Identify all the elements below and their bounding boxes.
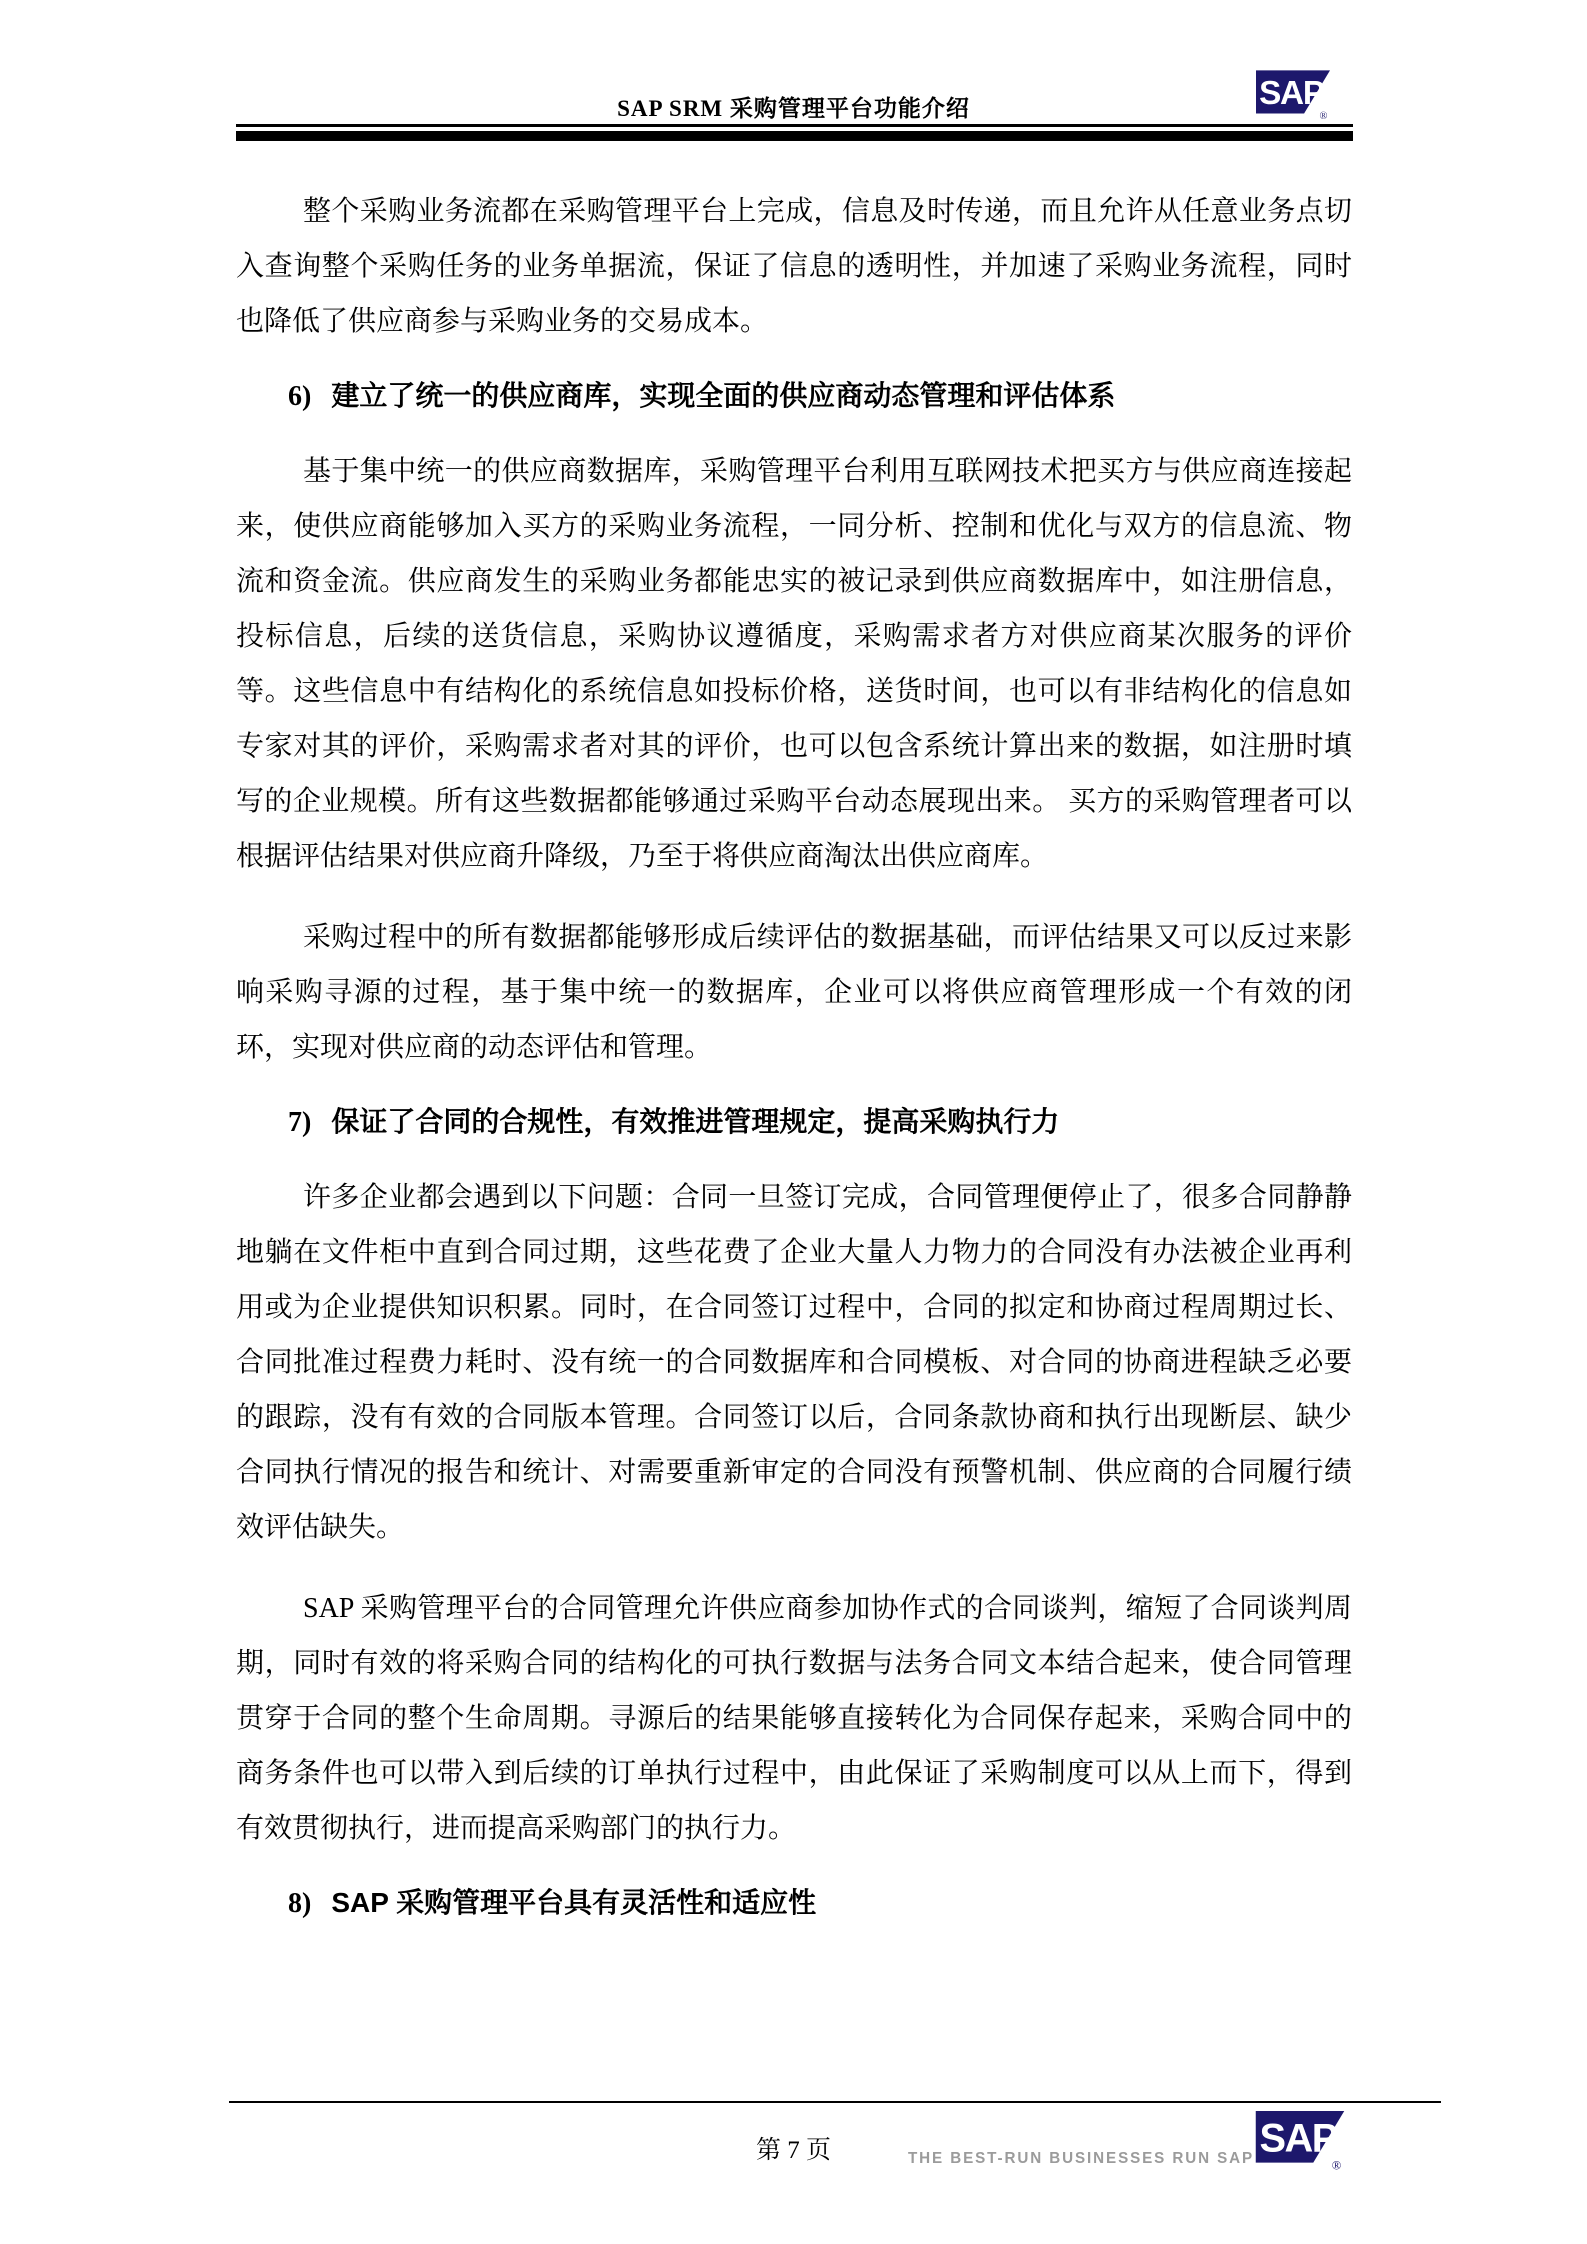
header-divider <box>236 124 1353 141</box>
body-paragraph: 许多企业都会遇到以下问题：合同一旦签订完成，合同管理便停止了，很多合同静静地躺在… <box>236 1170 1352 1555</box>
section-heading: 8)SAP 采购管理平台具有灵活性和适应性 <box>236 1882 1352 1925</box>
document-page: SAP SRM 采购管理平台功能介绍 SAP ® 整个采购业务流都在采购管理平台… <box>0 0 1587 2244</box>
sap-logo-icon: SAP ® <box>1255 2111 1345 2170</box>
footer-tagline: THE BEST-RUN BUSINESSES RUN SAP <box>908 2150 1254 2168</box>
heading-number: 7) <box>288 1107 311 1138</box>
registered-mark: ® <box>1332 2158 1342 2170</box>
sap-logo-footer: SAP ® <box>1255 2111 1345 2175</box>
body-paragraph: 采购过程中的所有数据都能够形成后续评估的数据基础，而评估结果又可以反过来影响采购… <box>236 910 1352 1075</box>
document-body: 整个采购业务流都在采购管理平台上完成，信息及时传递，而且允许从任意业务点切入查询… <box>236 184 1352 1951</box>
sap-logo-letters: SAP <box>1259 75 1325 112</box>
section-heading: 6)建立了统一的供应商库，实现全面的供应商动态管理和评估体系 <box>236 375 1352 418</box>
page-number: 第 7 页 <box>0 2130 1587 2166</box>
heading-number: 6) <box>288 381 311 412</box>
sap-logo-header: SAP ® <box>1256 70 1330 125</box>
body-paragraph: SAP 采购管理平台的合同管理允许供应商参加协作式的合同谈判，缩短了合同谈判周期… <box>236 1581 1352 1856</box>
heading-text: 建立了统一的供应商库，实现全面的供应商动态管理和评估体系 <box>331 380 1115 411</box>
header-divider-thick-line <box>236 131 1353 141</box>
section-heading: 7)保证了合同的合规性，有效推进管理规定，提高采购执行力 <box>236 1101 1352 1144</box>
heading-text: SAP 采购管理平台具有灵活性和适应性 <box>331 1887 816 1918</box>
header-title: SAP SRM 采购管理平台功能介绍 <box>0 90 1587 123</box>
registered-mark: ® <box>1320 111 1328 120</box>
sap-logo-letters: SAP <box>1259 2117 1337 2161</box>
heading-number: 8) <box>288 1888 311 1919</box>
body-paragraph: 整个采购业务流都在采购管理平台上完成，信息及时传递，而且允许从任意业务点切入查询… <box>236 184 1352 349</box>
heading-text: 保证了合同的合规性，有效推进管理规定，提高采购执行力 <box>331 1106 1059 1137</box>
body-paragraph: 基于集中统一的供应商数据库，采购管理平台利用互联网技术把买方与供应商连接起来，使… <box>236 444 1352 884</box>
sap-logo-icon: SAP ® <box>1256 70 1330 120</box>
footer-divider <box>229 2101 1441 2103</box>
